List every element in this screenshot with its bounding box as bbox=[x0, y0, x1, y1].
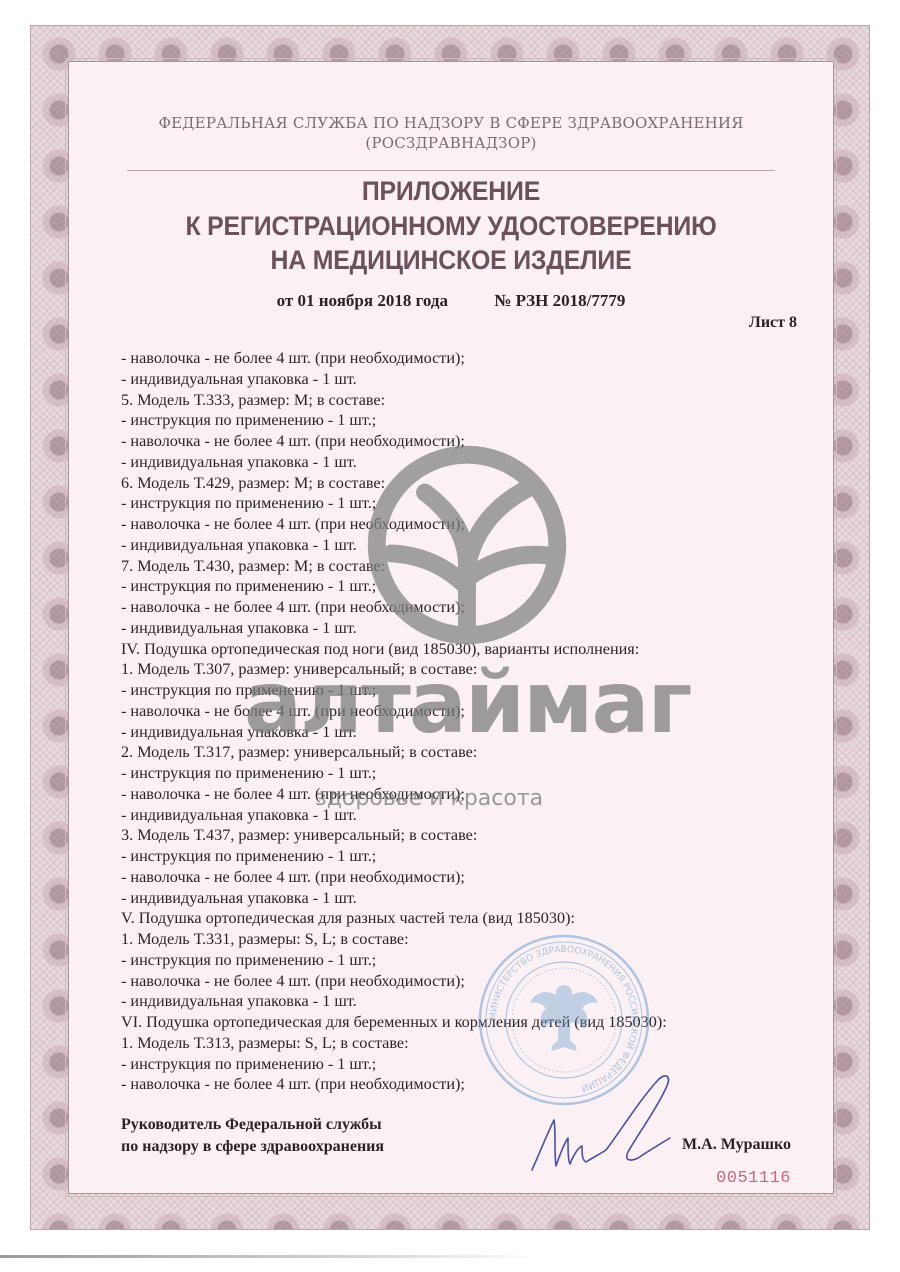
document-page: ФЕДЕРАЛЬНАЯ СЛУЖБА ПО НАДЗОРУ В СФЕРЕ ЗД… bbox=[68, 61, 834, 1194]
body-line: - индивидуальная упаковка - 1 шт. bbox=[121, 535, 801, 556]
body-line: 6. Модель Т.429, размер: М; в составе: bbox=[121, 473, 801, 494]
body-line: - инструкция по применению - 1 шт.; bbox=[121, 493, 801, 514]
issue-date: от 01 ноября 2018 года bbox=[277, 291, 448, 310]
body-line: - индивидуальная упаковка - 1 шт. bbox=[121, 369, 801, 390]
body-line: - наволочка - не более 4 шт. (при необхо… bbox=[121, 597, 801, 618]
body-line: - индивидуальная упаковка - 1 шт. bbox=[121, 722, 801, 743]
document-title-line2: К РЕГИСТРАЦИОННОМУ УДОСТОВЕРЕНИЮ bbox=[100, 211, 803, 242]
body-line: 5. Модель Т.333, размер: М; в составе: bbox=[121, 390, 801, 411]
signer-name: М.А. Мурашко bbox=[682, 1136, 791, 1154]
body-line: - индивидуальная упаковка - 1 шт. bbox=[121, 452, 801, 473]
body-line: - индивидуальная упаковка - 1 шт. bbox=[121, 618, 801, 639]
body-line: - наволочка - не более 4 шт. (при необхо… bbox=[121, 701, 801, 722]
body-line: - наволочка - не более 4 шт. (при необхо… bbox=[121, 348, 801, 369]
signer-title-line2: по надзору в сфере здравоохранения bbox=[121, 1136, 384, 1158]
body-line: - индивидуальная упаковка - 1 шт. bbox=[121, 805, 801, 826]
body-line: - наволочка - не более 4 шт. (при необхо… bbox=[121, 1074, 801, 1095]
body-line: - инструкция по применению - 1 шт.; bbox=[121, 1054, 801, 1075]
document-body: - наволочка - не более 4 шт. (при необхо… bbox=[121, 348, 801, 1095]
body-line: - инструкция по применению - 1 шт.; bbox=[121, 576, 801, 597]
body-line: - инструкция по применению - 1 шт.; bbox=[121, 763, 801, 784]
body-line: V. Подушка ортопедическая для разных час… bbox=[121, 908, 801, 929]
body-line: 1. Модель Т.313, размеры: S, L; в состав… bbox=[121, 1033, 801, 1054]
body-line: VI. Подушка ортопедическая для беременны… bbox=[121, 1012, 801, 1033]
body-line: - наволочка - не более 4 шт. (при необхо… bbox=[121, 784, 801, 805]
body-line: 7. Модель Т.430, размер: М; в составе: bbox=[121, 556, 801, 577]
body-line: - инструкция по применению - 1 шт.; bbox=[121, 680, 801, 701]
body-line: - наволочка - не более 4 шт. (при необхо… bbox=[121, 971, 801, 992]
body-line: IV. Подушка ортопедическая под ноги (вид… bbox=[121, 639, 801, 660]
body-line: - наволочка - не более 4 шт. (при необхо… bbox=[121, 514, 801, 535]
body-line: 3. Модель Т.437, размер: универсальный; … bbox=[121, 825, 801, 846]
body-line: - инструкция по применению - 1 шт.; bbox=[121, 846, 801, 867]
registration-number: № РЗН 2018/7779 bbox=[494, 291, 625, 310]
body-line: - инструкция по применению - 1 шт.; bbox=[121, 410, 801, 431]
document-title-line3: НА МЕДИЦИНСКОЕ ИЗДЕЛИЕ bbox=[100, 245, 803, 276]
agency-name: ФЕДЕРАЛЬНАЯ СЛУЖБА ПО НАДЗОРУ В СФЕРЕ ЗД… bbox=[69, 114, 833, 132]
body-line: 1. Модель Т.331, размеры: S, L; в состав… bbox=[121, 929, 801, 950]
body-line: - инструкция по применению - 1 шт.; bbox=[121, 950, 801, 971]
scan-edge-shadow bbox=[0, 1255, 540, 1258]
certificate-border: ФЕДЕРАЛЬНАЯ СЛУЖБА ПО НАДЗОРУ В СФЕРЕ ЗД… bbox=[30, 25, 870, 1230]
body-line: - индивидуальная упаковка - 1 шт. bbox=[121, 888, 801, 909]
body-line: - индивидуальная упаковка - 1 шт. bbox=[121, 991, 801, 1012]
body-line: - наволочка - не более 4 шт. (при необхо… bbox=[121, 867, 801, 888]
document-title-line1: ПРИЛОЖЕНИЕ bbox=[100, 176, 803, 207]
signer-title: Руководитель Федеральной службы по надзо… bbox=[121, 1114, 384, 1158]
header-divider bbox=[127, 170, 775, 171]
agency-abbreviation: (РОСЗДРАВНАДЗОР) bbox=[69, 134, 833, 152]
date-number-row: от 01 ноября 2018 года № РЗН 2018/7779 bbox=[69, 291, 833, 311]
body-line: 1. Модель Т.307, размер: универсальный; … bbox=[121, 659, 801, 680]
sheet-number: Лист 8 bbox=[749, 314, 797, 332]
signer-title-line1: Руководитель Федеральной службы bbox=[121, 1114, 384, 1136]
serial-number: 0051116 bbox=[716, 1169, 791, 1188]
body-line: 2. Модель Т.317, размер: универсальный; … bbox=[121, 742, 801, 763]
body-line: - наволочка - не более 4 шт. (при необхо… bbox=[121, 431, 801, 452]
